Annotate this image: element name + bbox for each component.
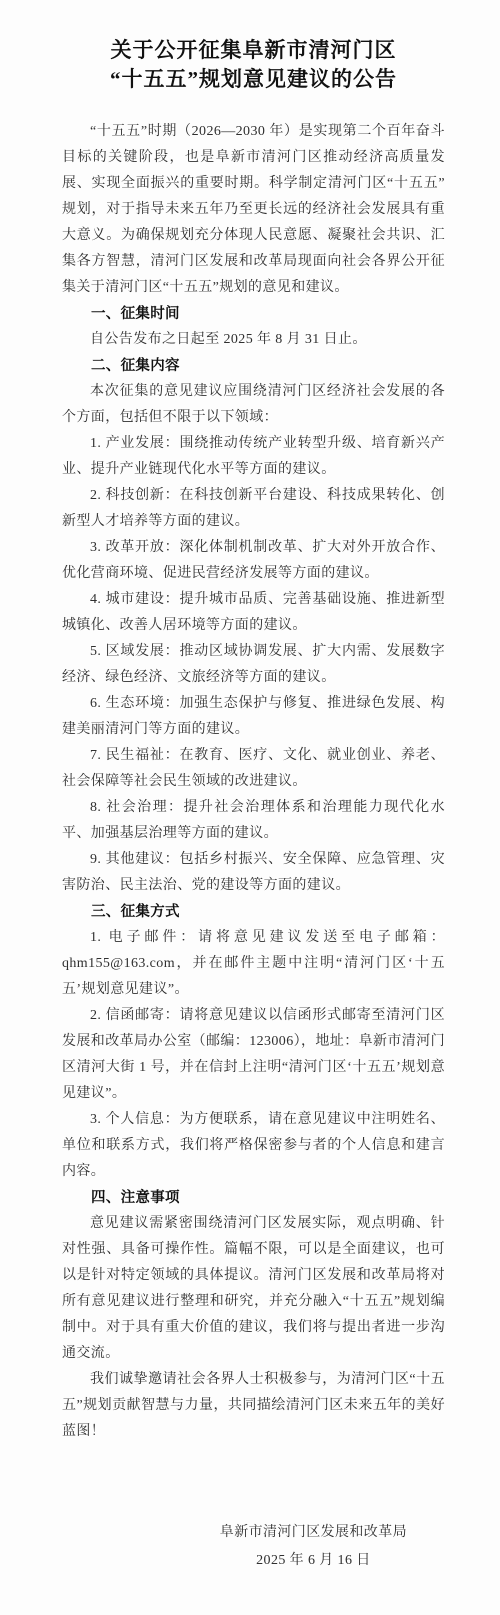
section-heading: 二、征集内容	[62, 353, 445, 379]
paragraph: 3. 改革开放：深化体制机制改革、扩大对外开放合作、优化营商环境、促进民营经济发…	[62, 535, 445, 587]
section-heading: 四、注意事项	[62, 1185, 445, 1211]
paragraph: 1. 电子邮件：请将意见建议发送至电子邮箱：qhm155@163.com，并在邮…	[62, 925, 445, 1003]
signature-block: 阜新市清河门区发展和改革局 2025 年 6 月 16 日	[220, 1519, 407, 1575]
document-body: “十五五”时期（2026—2030 年）是实现第二个百年奋斗目标的关键阶段，也是…	[62, 119, 445, 1445]
announcement-document: 关于公开征集阜新市清河门区 “十五五”规划意见建议的公告 “十五五”时期（202…	[0, 0, 500, 1615]
signature-date: 2025 年 6 月 16 日	[220, 1547, 407, 1575]
paragraph: 8. 社会治理：提升社会治理体系和治理能力现代化水平、加强基层治理等方面的建议。	[62, 795, 445, 847]
paragraph: 2. 信函邮寄：请将意见建议以信函形式邮寄至清河门区发展和改革局办公室（邮编：1…	[62, 1003, 445, 1107]
paragraph: 4. 城市建设：提升城市品质、完善基础设施、推进新型城镇化、改善人居环境等方面的…	[62, 587, 445, 639]
paragraph: “十五五”时期（2026—2030 年）是实现第二个百年奋斗目标的关键阶段，也是…	[62, 119, 445, 301]
section-heading: 一、征集时间	[62, 301, 445, 327]
paragraph: 5. 区域发展：推动区域协调发展、扩大内需、发展数字经济、绿色经济、文旅经济等方…	[62, 639, 445, 691]
paragraph: 我们诚挚邀请社会各界人士积极参与，为清河门区“十五五”规划贡献智慧与力量，共同描…	[62, 1367, 445, 1445]
document-title-line-1: 关于公开征集阜新市清河门区	[62, 36, 445, 65]
document-title-line-2: “十五五”规划意见建议的公告	[62, 65, 445, 94]
signature-organization: 阜新市清河门区发展和改革局	[220, 1519, 407, 1547]
paragraph: 7. 民生福祉：在教育、医疗、文化、就业创业、养老、社会保障等社会民生领域的改进…	[62, 743, 445, 795]
paragraph: 本次征集的意见建议应围绕清河门区经济社会发展的各个方面，包括但不限于以下领域：	[62, 379, 445, 431]
paragraph: 3. 个人信息：为方便联系，请在意见建议中注明姓名、单位和联系方式，我们将严格保…	[62, 1107, 445, 1185]
paragraph: 1. 产业发展：围绕推动传统产业转型升级、培育新兴产业、提升产业链现代化水平等方…	[62, 431, 445, 483]
document-title: 关于公开征集阜新市清河门区 “十五五”规划意见建议的公告	[62, 36, 445, 94]
section-heading: 三、征集方式	[62, 899, 445, 925]
paragraph: 意见建议需紧密围绕清河门区发展实际，观点明确、针对性强、具备可操作性。篇幅不限，…	[62, 1211, 445, 1367]
paragraph: 9. 其他建议：包括乡村振兴、安全保障、应急管理、灾害防治、民主法治、党的建设等…	[62, 847, 445, 899]
paragraph: 自公告发布之日起至 2025 年 8 月 31 日止。	[62, 327, 445, 353]
paragraph: 2. 科技创新：在科技创新平台建设、科技成果转化、创新型人才培养等方面的建议。	[62, 483, 445, 535]
paragraph: 6. 生态环境：加强生态保护与修复、推进绿色发展、构建美丽清河门等方面的建议。	[62, 691, 445, 743]
